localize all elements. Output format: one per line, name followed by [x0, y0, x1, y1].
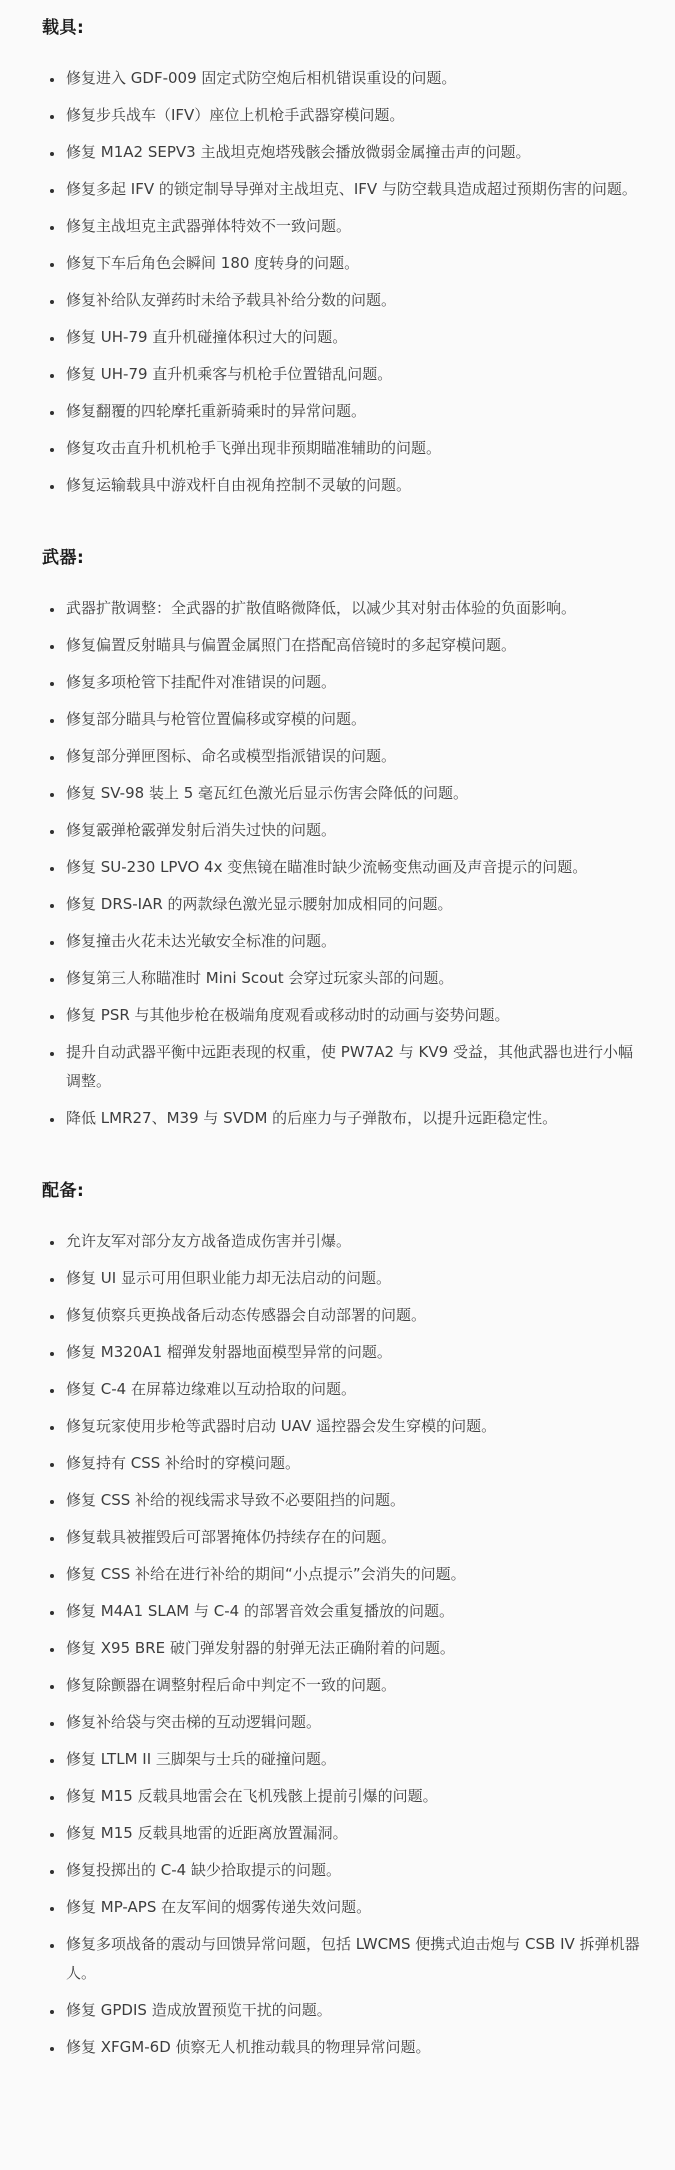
list-item: 修复步兵战车（IFV）座位上机枪手武器穿模问题。 [64, 101, 645, 130]
section-list-vehicles: 修复进入 GDF-009 固定式防空炮后相机错误重设的问题。修复步兵战车（IFV… [42, 64, 645, 500]
list-item: 修复攻击直升机机枪手飞弹出现非预期瞄准辅助的问题。 [64, 434, 645, 463]
list-item: 修复部分瞄具与枪管位置偏移或穿模的问题。 [64, 705, 645, 734]
list-item: 修复下车后角色会瞬间 180 度转身的问题。 [64, 249, 645, 278]
list-item: 修复 PSR 与其他步枪在极端角度观看或移动时的动画与姿势问题。 [64, 1001, 645, 1030]
list-item: 修复 CSS 补给在进行补给的期间“小点提示”会消失的问题。 [64, 1560, 645, 1589]
list-item: 修复 GPDIS 造成放置预览干扰的问题。 [64, 1996, 645, 2025]
list-item: 修复 M15 反载具地雷的近距离放置漏洞。 [64, 1819, 645, 1848]
list-item: 修复 SV-98 装上 5 毫瓦红色激光后显示伤害会降低的问题。 [64, 779, 645, 808]
list-item: 修复 DRS-IAR 的两款绿色激光显示腰射加成相同的问题。 [64, 890, 645, 919]
section-title-equipment: 配备: [42, 1179, 645, 1203]
list-item: 修复 C-4 在屏幕边缘难以互动拾取的问题。 [64, 1375, 645, 1404]
list-item: 修复投掷出的 C-4 缺少拾取提示的问题。 [64, 1856, 645, 1885]
list-item: 修复 SU-230 LPVO 4x 变焦镜在瞄准时缺少流畅变焦动画及声音提示的问… [64, 853, 645, 882]
list-item: 修复第三人称瞄准时 Mini Scout 会穿过玩家头部的问题。 [64, 964, 645, 993]
list-item: 修复 LTLM II 三脚架与士兵的碰撞问题。 [64, 1745, 645, 1774]
list-item: 修复多起 IFV 的锁定制导导弹对主战坦克、IFV 与防空载具造成超过预期伤害的… [64, 175, 645, 204]
list-item: 修复侦察兵更换战备后动态传感器会自动部署的问题。 [64, 1301, 645, 1330]
list-item: 修复 M1A2 SEPV3 主战坦克炮塔残骸会播放微弱金属撞击声的问题。 [64, 138, 645, 167]
list-item: 修复除颤器在调整射程后命中判定不一致的问题。 [64, 1671, 645, 1700]
list-item: 修复偏置反射瞄具与偏置金属照门在搭配高倍镜时的多起穿模问题。 [64, 631, 645, 660]
list-item: 修复补给袋与突击梯的互动逻辑问题。 [64, 1708, 645, 1737]
list-item: 修复载具被摧毁后可部署掩体仍持续存在的问题。 [64, 1523, 645, 1552]
list-item: 修复 CSS 补给的视线需求导致不必要阻挡的问题。 [64, 1486, 645, 1515]
section-list-weapons: 武器扩散调整：全武器的扩散值略微降低，以减少其对射击体验的负面影响。修复偏置反射… [42, 594, 645, 1133]
list-item: 修复运输载具中游戏杆自由视角控制不灵敏的问题。 [64, 471, 645, 500]
list-item: 提升自动武器平衡中远距表现的权重，使 PW7A2 与 KV9 受益，其他武器也进… [64, 1038, 645, 1096]
list-item: 修复玩家使用步枪等武器时启动 UAV 遥控器会发生穿模的问题。 [64, 1412, 645, 1441]
list-item: 修复翻覆的四轮摩托重新骑乘时的异常问题。 [64, 397, 645, 426]
list-item: 修复 XFGM-6D 侦察无人机推动载具的物理异常问题。 [64, 2033, 645, 2062]
list-item: 武器扩散调整：全武器的扩散值略微降低，以减少其对射击体验的负面影响。 [64, 594, 645, 623]
list-item: 修复多项战备的震动与回馈异常问题，包括 LWCMS 便携式迫击炮与 CSB IV… [64, 1930, 645, 1988]
list-item: 修复 M15 反载具地雷会在飞机残骸上提前引爆的问题。 [64, 1782, 645, 1811]
list-item: 修复撞击火花未达光敏安全标准的问题。 [64, 927, 645, 956]
list-item: 修复补给队友弹药时未给予载具补给分数的问题。 [64, 286, 645, 315]
list-item: 修复 X95 BRE 破门弹发射器的射弹无法正确附着的问题。 [64, 1634, 645, 1663]
section-title-weapons: 武器: [42, 546, 645, 570]
list-item: 修复 UI 显示可用但职业能力却无法启动的问题。 [64, 1264, 645, 1293]
list-item: 修复 UH-79 直升机碰撞体积过大的问题。 [64, 323, 645, 352]
list-item: 修复主战坦克主武器弹体特效不一致问题。 [64, 212, 645, 241]
list-item: 降低 LMR27、M39 与 SVDM 的后座力与子弹散布，以提升远距稳定性。 [64, 1104, 645, 1133]
patch-notes-page: 载具: 修复进入 GDF-009 固定式防空炮后相机错误重设的问题。修复步兵战车… [0, 0, 675, 2130]
list-item: 修复 M320A1 榴弹发射器地面模型异常的问题。 [64, 1338, 645, 1367]
list-item: 修复霰弹枪霰弹发射后消失过快的问题。 [64, 816, 645, 845]
section-vehicles: 载具: 修复进入 GDF-009 固定式防空炮后相机错误重设的问题。修复步兵战车… [42, 16, 645, 500]
list-item: 修复 M4A1 SLAM 与 C-4 的部署音效会重复播放的问题。 [64, 1597, 645, 1626]
list-item: 修复部分弹匣图标、命名或模型指派错误的问题。 [64, 742, 645, 771]
section-title-vehicles: 载具: [42, 16, 645, 40]
list-item: 允许友军对部分友方战备造成伤害并引爆。 [64, 1227, 645, 1256]
section-weapons: 武器: 武器扩散调整：全武器的扩散值略微降低，以减少其对射击体验的负面影响。修复… [42, 546, 645, 1133]
list-item: 修复多项枪管下挂配件对准错误的问题。 [64, 668, 645, 697]
list-item: 修复持有 CSS 补给时的穿模问题。 [64, 1449, 645, 1478]
section-equipment: 配备: 允许友军对部分友方战备造成伤害并引爆。修复 UI 显示可用但职业能力却无… [42, 1179, 645, 2062]
list-item: 修复 MP-APS 在友军间的烟雾传递失效问题。 [64, 1893, 645, 1922]
list-item: 修复进入 GDF-009 固定式防空炮后相机错误重设的问题。 [64, 64, 645, 93]
list-item: 修复 UH-79 直升机乘客与机枪手位置错乱问题。 [64, 360, 645, 389]
section-list-equipment: 允许友军对部分友方战备造成伤害并引爆。修复 UI 显示可用但职业能力却无法启动的… [42, 1227, 645, 2062]
